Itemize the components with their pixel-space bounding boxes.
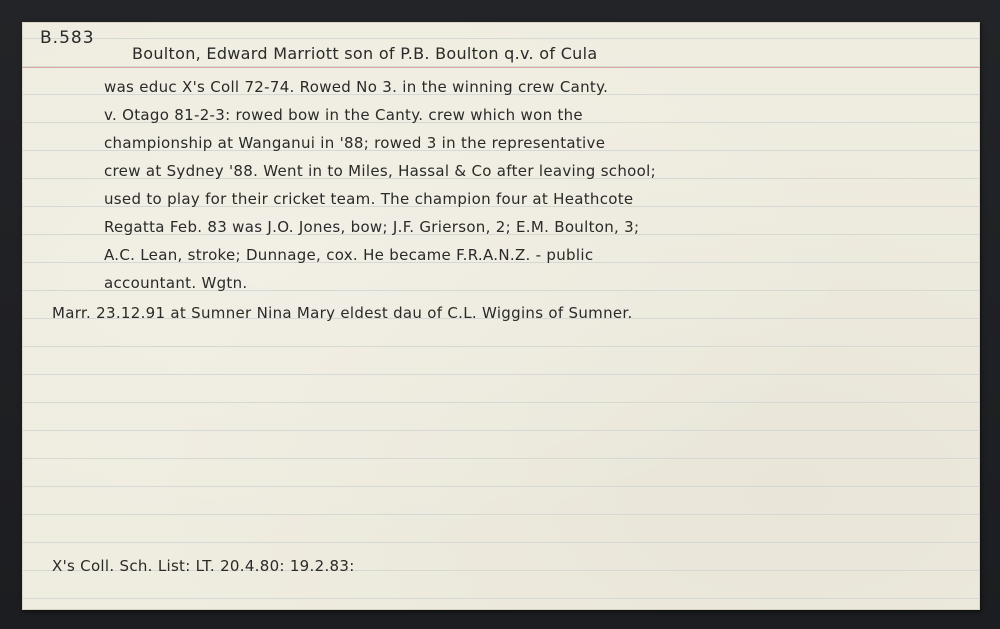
body-line-5: used to play for their cricket team. The… <box>104 189 633 209</box>
card-reference-number: B.583 <box>40 28 95 48</box>
body-line-8: accountant. Wgtn. <box>104 273 247 293</box>
red-header-rule <box>22 67 980 68</box>
body-line-4: crew at Sydney '88. Went in to Miles, Ha… <box>104 161 656 181</box>
body-line-6: Regatta Feb. 83 was J.O. Jones, bow; J.F… <box>104 217 639 237</box>
index-card: B.583 Boulton, Edward Marriott son of P.… <box>22 22 980 610</box>
school-list-line: X's Coll. Sch. List: LT. 20.4.80: 19.2.8… <box>52 556 355 576</box>
scan-background: B.583 Boulton, Edward Marriott son of P.… <box>0 0 1000 629</box>
body-line-1: was educ X's Coll 72-74. Rowed No 3. in … <box>104 77 608 97</box>
marriage-line: Marr. 23.12.91 at Sumner Nina Mary eldes… <box>52 303 633 323</box>
body-line-3: championship at Wanganui in '88; rowed 3… <box>104 133 605 153</box>
card-heading-name: Boulton, Edward Marriott son of P.B. Bou… <box>132 44 597 64</box>
body-line-2: v. Otago 81-2-3: rowed bow in the Canty.… <box>104 105 583 125</box>
body-line-7: A.C. Lean, stroke; Dunnage, cox. He beca… <box>104 245 593 265</box>
